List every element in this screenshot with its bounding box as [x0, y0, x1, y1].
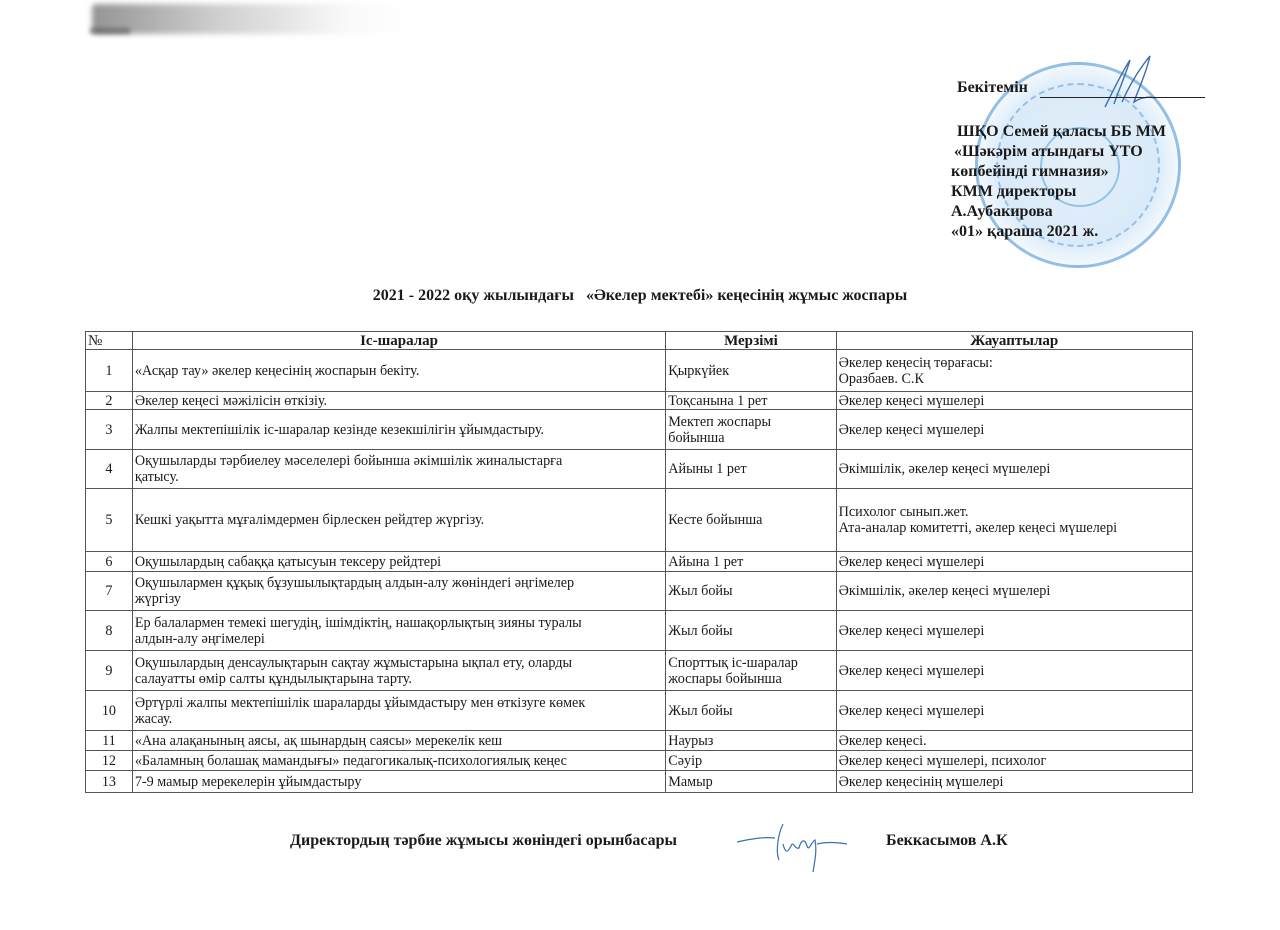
cell-activity: 7-9 мамыр мерекелерін ұйымдастыру: [132, 771, 665, 793]
cell-number: 9: [86, 651, 133, 691]
scan-artifact: [90, 28, 130, 34]
approval-line: КММ директоры: [951, 182, 1076, 202]
table-row: 12«Баламның болашақ мамандығы» педагогик…: [86, 751, 1193, 771]
approval-date: «01» қараша 2021 ж.: [951, 222, 1098, 242]
table-row: 11 «Ана алақанының аясы, ақ шынардың сая…: [86, 731, 1193, 751]
cell-activity: Әкелер кеңесі мәжілісін өткізіу.: [132, 392, 665, 410]
cell-deadline-line: Мектеп жоспары: [668, 414, 833, 430]
cell-responsible: Әкімшілік, әкелер кеңесі мүшелері: [836, 450, 1192, 489]
scan-artifact: [92, 4, 412, 34]
cell-responsible-line: Әкелер кеңесі мүшелері: [839, 703, 1190, 719]
title-rest: «Әкелер мектебі» кеңесінің жұмыс жоспары: [586, 287, 907, 304]
cell-deadline-line: бойынша: [668, 430, 833, 446]
table-header-row: № Іс-шаралар Мерзімі Жауаптылар: [86, 332, 1193, 350]
cell-number: 13: [86, 771, 133, 793]
table-row: 1«Асқар тау» әкелер кеңесінің жоспарын б…: [86, 350, 1193, 392]
cell-activity: Ер балалармен темекі шегудің, ішімдіктің…: [132, 611, 665, 651]
cell-number: 12: [86, 751, 133, 771]
cell-deadline: Сәуір: [666, 751, 836, 771]
cell-responsible: Әкелер кеңесі мүшелері: [836, 691, 1192, 731]
cell-number: 4: [86, 450, 133, 489]
cell-responsible-line: Әкелер кеңесің төрағасы:: [839, 355, 1190, 371]
table-row: 4Оқушыларды тәрбиелеу мәселелері бойынша…: [86, 450, 1193, 489]
cell-deadline: Мектеп жоспарыбойынша: [666, 410, 836, 450]
table-row: 10Әртүрлі жалпы мектепішілік шараларды ұ…: [86, 691, 1193, 731]
cell-deadline-line: Жыл бойы: [668, 623, 833, 639]
cell-responsible-line: Әкелер кеңесі мүшелері: [839, 554, 1190, 570]
cell-deadline: Айыны 1 рет: [666, 450, 836, 489]
table-row: 8Ер балалармен темекі шегудің, ішімдікті…: [86, 611, 1193, 651]
cell-deadline-line: Спорттық іс-шаралар: [668, 655, 833, 671]
cell-deadline-line: Айыны 1 рет: [668, 461, 833, 477]
cell-activity: Оқушылардың денсаулықтарын сақтау жұмыст…: [132, 651, 665, 691]
header-number: №: [86, 332, 133, 350]
cell-responsible: Әкелер кеңесі мүшелері: [836, 392, 1192, 410]
cell-number: 3: [86, 410, 133, 450]
cell-activity-line: Оқушылардың денсаулықтарын сақтау жұмыст…: [135, 655, 663, 671]
table-row: 137-9 мамыр мерекелерін ұйымдастыруМамыр…: [86, 771, 1193, 793]
cell-activity: Оқушыларды тәрбиелеу мәселелері бойынша …: [132, 450, 665, 489]
table-row: 3Жалпы мектепішілік іс-шаралар кезінде к…: [86, 410, 1193, 450]
cell-activity-line: жүргізу: [135, 591, 663, 607]
cell-activity-line: жасау.: [135, 711, 663, 727]
approval-line: көпбейінді гимназия»: [951, 162, 1109, 182]
signer-name: Беккасымов А.К: [886, 832, 1008, 850]
header-responsible: Жауаптылар: [836, 332, 1192, 350]
cell-activity-line: 7-9 мамыр мерекелерін ұйымдастыру: [135, 774, 663, 790]
cell-deadline-line: Айына 1 рет: [668, 554, 833, 570]
cell-deadline-line: жоспары бойынша: [668, 671, 833, 687]
cell-deadline-line: Наурыз: [668, 733, 833, 749]
cell-activity-line: Оқушылармен құқық бұзушылықтардың алдын-…: [135, 575, 663, 591]
signer-role: Директордың тәрбие жұмысы жөніндегі орын…: [290, 832, 677, 850]
cell-responsible-line: Әкімшілік, әкелер кеңесі мүшелері: [839, 583, 1190, 599]
cell-activity-line: салауатты өмір салты құндылықтарына тарт…: [135, 671, 663, 687]
cell-activity: Кешкі уақытта мұғалімдермен бірлескен ре…: [132, 489, 665, 552]
cell-deadline: Кесте бойынша: [666, 489, 836, 552]
cell-number: 7: [86, 572, 133, 611]
cell-activity: Оқушылармен құқық бұзушылықтардың алдын-…: [132, 572, 665, 611]
cell-deadline: Наурыз: [666, 731, 836, 751]
table-row: 9Оқушылардың денсаулықтарын сақтау жұмыс…: [86, 651, 1193, 691]
cell-activity-line: алдын-алу әңгімелері: [135, 631, 663, 647]
cell-responsible-line: Әкелер кеңесі.: [839, 733, 1190, 749]
table-row: 5Кешкі уақытта мұғалімдермен бірлескен р…: [86, 489, 1193, 552]
deputy-signature: [735, 820, 855, 875]
cell-responsible: Әкелер кеңесі.: [836, 731, 1192, 751]
cell-responsible-line: Оразбаев. С.К: [839, 371, 1190, 387]
cell-responsible: Әкелер кеңесі мүшелері: [836, 611, 1192, 651]
cell-activity: «Асқар тау» әкелер кеңесінің жоспарын бе…: [132, 350, 665, 392]
cell-responsible: Әкелер кеңесі мүшелері, психолог: [836, 751, 1192, 771]
approval-line: ШҚО Семей қаласы ББ ММ: [957, 122, 1166, 142]
cell-responsible: Әкелер кеңесінің мүшелері: [836, 771, 1192, 793]
cell-activity-line: Ер балалармен темекі шегудің, ішімдіктің…: [135, 615, 663, 631]
cell-deadline: Айына 1 рет: [666, 552, 836, 572]
cell-deadline-line: Жыл бойы: [668, 583, 833, 599]
table-row: 6Оқушылардың сабаққа қатысуын тексеру ре…: [86, 552, 1193, 572]
cell-deadline-line: Тоқсанына 1 рет: [668, 393, 833, 409]
approval-signature-line: [1040, 97, 1205, 98]
cell-responsible: Әкелер кеңесі мүшелері: [836, 410, 1192, 450]
cell-deadline: Тоқсанына 1 рет: [666, 392, 836, 410]
cell-activity: Әртүрлі жалпы мектепішілік шараларды ұйы…: [132, 691, 665, 731]
cell-deadline-line: Қыркүйек: [668, 363, 833, 379]
cell-number: 5: [86, 489, 133, 552]
cell-number: 6: [86, 552, 133, 572]
cell-responsible: Әкелер кеңесің төрағасы:Оразбаев. С.К: [836, 350, 1192, 392]
header-deadline: Мерзімі: [666, 332, 836, 350]
cell-activity: Жалпы мектепішілік іс-шаралар кезінде ке…: [132, 410, 665, 450]
cell-activity-line: Оқушыларды тәрбиелеу мәселелері бойынша …: [135, 453, 663, 469]
cell-activity-line: «Ана алақанының аясы, ақ шынардың саясы»…: [135, 733, 663, 749]
approve-label: Бекітемін: [957, 78, 1028, 98]
cell-deadline: Спорттық іс-шараларжоспары бойынша: [666, 651, 836, 691]
cell-responsible-line: Әкелер кеңесі мүшелері: [839, 623, 1190, 639]
cell-responsible-line: Әкелер кеңесі мүшелері: [839, 663, 1190, 679]
header-activities: Іс-шаралар: [132, 332, 665, 350]
cell-responsible-line: Әкелер кеңесі мүшелері, психолог: [839, 753, 1190, 769]
cell-responsible-line: Психолог сынып.жет.: [839, 504, 1190, 520]
cell-responsible-line: Әкелер кеңесі мүшелері: [839, 422, 1190, 438]
cell-number: 11: [86, 731, 133, 751]
approval-line: А.Аубакирова: [951, 202, 1053, 222]
cell-activity-line: Жалпы мектепішілік іс-шаралар кезінде ке…: [135, 422, 663, 438]
cell-deadline-line: Жыл бойы: [668, 703, 833, 719]
cell-activity-line: Әкелер кеңесі мәжілісін өткізіу.: [135, 393, 663, 409]
work-plan-table: № Іс-шаралар Мерзімі Жауаптылар 1«Асқар …: [85, 331, 1193, 793]
cell-responsible-line: Әкелер кеңесінің мүшелері: [839, 774, 1190, 790]
cell-responsible-line: Ата-аналар комитетті, әкелер кеңесі мүше…: [839, 520, 1190, 536]
cell-activity-line: қатысу.: [135, 469, 663, 485]
cell-activity: Оқушылардың сабаққа қатысуын тексеру рей…: [132, 552, 665, 572]
document-title: 2021 - 2022 оқу жылындағы «Әкелер мектеб…: [0, 287, 1280, 305]
cell-responsible: Әкелер кеңесі мүшелері: [836, 651, 1192, 691]
cell-deadline-line: Сәуір: [668, 753, 833, 769]
cell-responsible: Психолог сынып.жет.Ата-аналар комитетті,…: [836, 489, 1192, 552]
cell-deadline: Жыл бойы: [666, 611, 836, 651]
table-row: 7Оқушылармен құқық бұзушылықтардың алдын…: [86, 572, 1193, 611]
cell-responsible: Әкімшілік, әкелер кеңесі мүшелері: [836, 572, 1192, 611]
cell-activity: «Ана алақанының аясы, ақ шынардың саясы»…: [132, 731, 665, 751]
cell-responsible-line: Әкімшілік, әкелер кеңесі мүшелері: [839, 461, 1190, 477]
approval-line: «Шәкәрім атындағы ҮТО: [954, 142, 1143, 162]
table-body: 1«Асқар тау» әкелер кеңесінің жоспарын б…: [86, 350, 1193, 793]
approver-signature: [1100, 52, 1160, 112]
cell-number: 10: [86, 691, 133, 731]
cell-activity: «Баламның болашақ мамандығы» педагогикал…: [132, 751, 665, 771]
cell-number: 1: [86, 350, 133, 392]
cell-deadline-line: Кесте бойынша: [668, 512, 833, 528]
cell-activity-line: Әртүрлі жалпы мектепішілік шараларды ұйы…: [135, 695, 663, 711]
cell-deadline: Қыркүйек: [666, 350, 836, 392]
title-year: 2021 - 2022 оқу жылындағы: [373, 287, 574, 304]
cell-activity-line: Кешкі уақытта мұғалімдермен бірлескен ре…: [135, 512, 663, 528]
cell-deadline-line: Мамыр: [668, 774, 833, 790]
cell-activity-line: «Баламның болашақ мамандығы» педагогикал…: [135, 753, 663, 769]
cell-responsible: Әкелер кеңесі мүшелері: [836, 552, 1192, 572]
cell-deadline: Жыл бойы: [666, 572, 836, 611]
cell-responsible-line: Әкелер кеңесі мүшелері: [839, 393, 1190, 409]
table-row: 2Әкелер кеңесі мәжілісін өткізіу.Тоқсаны…: [86, 392, 1193, 410]
cell-activity-line: Оқушылардың сабаққа қатысуын тексеру рей…: [135, 554, 663, 570]
cell-activity-line: «Асқар тау» әкелер кеңесінің жоспарын бе…: [135, 363, 663, 379]
cell-number: 8: [86, 611, 133, 651]
cell-deadline: Жыл бойы: [666, 691, 836, 731]
cell-number: 2: [86, 392, 133, 410]
cell-deadline: Мамыр: [666, 771, 836, 793]
